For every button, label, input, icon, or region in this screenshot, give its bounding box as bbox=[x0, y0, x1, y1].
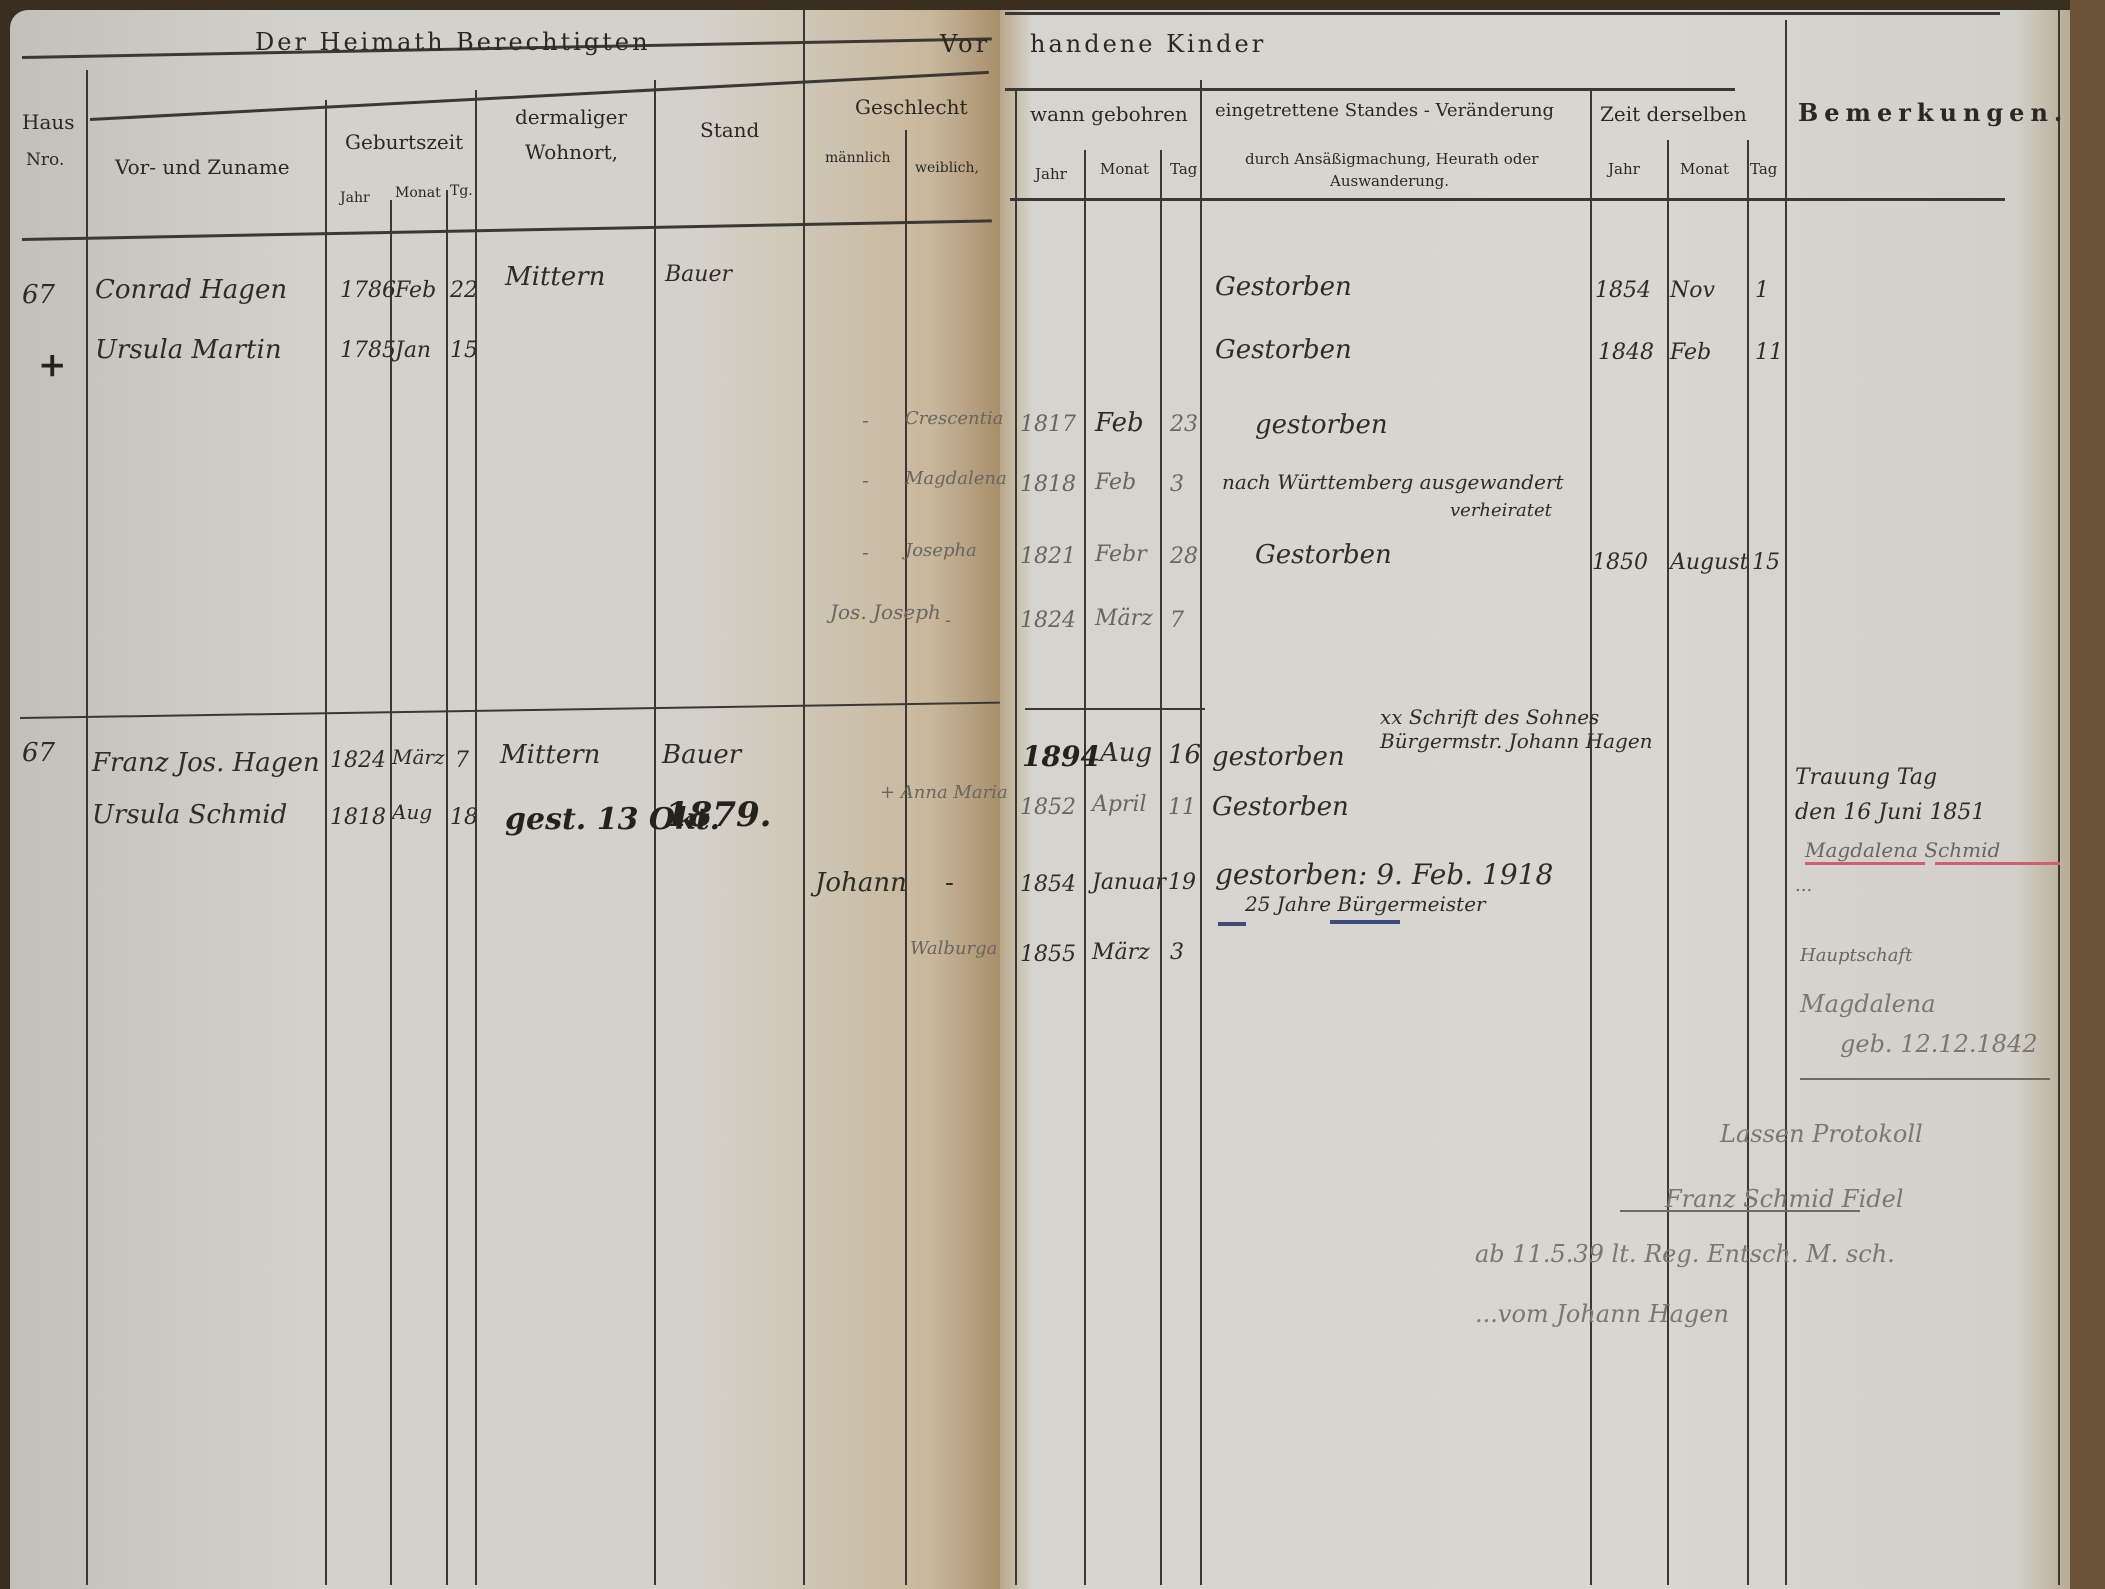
remark-line: ab 11.5.39 lt. Reg. Entsch. M. sch. bbox=[1475, 1240, 1895, 1268]
status-change: gestorben: 9. Feb. 1918 bbox=[1215, 858, 1553, 891]
status-change: Gestorben bbox=[1212, 792, 1349, 822]
header-zeit-year: Jahr bbox=[1608, 160, 1640, 178]
birth-month: März bbox=[392, 745, 445, 769]
header-birth-month: Monat bbox=[395, 185, 441, 201]
child-male: Johann bbox=[815, 868, 907, 898]
col-divider bbox=[446, 190, 448, 1585]
status-change: Gestorben bbox=[1215, 272, 1352, 302]
child-female: Magdalena bbox=[905, 468, 1007, 489]
header-child-day: Tag bbox=[1170, 160, 1197, 178]
entry-separator-right bbox=[1025, 708, 1205, 710]
child-month: April bbox=[1092, 792, 1147, 817]
child-female: + Anna Maria bbox=[880, 782, 1008, 803]
change-month: Feb bbox=[1670, 340, 1711, 365]
child-year: 1821 bbox=[1020, 544, 1076, 569]
header-residence-1: dermaliger bbox=[515, 105, 627, 129]
header-child-month: Monat bbox=[1100, 160, 1149, 178]
col-divider bbox=[475, 90, 477, 1585]
child-year: 1852 bbox=[1020, 795, 1076, 820]
header-birth: Geburtszeit bbox=[345, 130, 463, 154]
birth-day: 7 bbox=[455, 748, 469, 773]
remark-line: Magdalena bbox=[1800, 990, 1936, 1018]
col-divider bbox=[1084, 150, 1086, 1585]
child-day: 11 bbox=[1168, 795, 1196, 820]
header-wann-gebohren: wann gebohren bbox=[1030, 102, 1188, 126]
stand: Bauer bbox=[662, 740, 741, 770]
remark-line: Franz Schmid Fidel bbox=[1665, 1185, 1904, 1213]
child-month: März bbox=[1095, 606, 1153, 631]
child-day: 19 bbox=[1168, 870, 1196, 895]
birth-year: 1785 bbox=[340, 338, 396, 363]
header-bemerkungen: Bemerkungen. bbox=[1798, 98, 2068, 127]
red-underline bbox=[1805, 862, 1925, 865]
child-female: Josepha bbox=[905, 540, 977, 561]
stand: Bauer bbox=[665, 262, 732, 287]
child-year: 1894 bbox=[1022, 740, 1100, 773]
col-divider bbox=[86, 70, 88, 1585]
birth-month: Jan bbox=[395, 338, 431, 363]
col-divider bbox=[390, 200, 392, 1585]
child-year: 1817 bbox=[1020, 412, 1076, 437]
birth-year: 1824 bbox=[330, 748, 386, 773]
child-day: 16 bbox=[1168, 740, 1201, 770]
status-change: Gestorben bbox=[1255, 540, 1392, 570]
header-geschlecht: Geschlecht bbox=[855, 95, 968, 119]
remark-line: Lassen Protokoll bbox=[1720, 1120, 1923, 1148]
change-year: 1848 bbox=[1598, 340, 1654, 365]
col-divider bbox=[1590, 90, 1592, 1585]
birth-month: Aug bbox=[392, 800, 432, 824]
header-haus: Haus bbox=[22, 110, 75, 134]
child-male: Jos. Joseph bbox=[830, 600, 941, 624]
header-zeit: Zeit derselben bbox=[1600, 102, 1747, 126]
parent-name: Ursula Martin bbox=[95, 335, 282, 365]
child-year: 1818 bbox=[1020, 472, 1076, 497]
child-male: - bbox=[862, 408, 869, 432]
child-day: 3 bbox=[1170, 472, 1184, 497]
remark-line: Magdalena Schmid bbox=[1805, 838, 2000, 862]
col-divider bbox=[905, 130, 907, 1585]
col-divider bbox=[325, 100, 327, 1585]
header-standes: eingetrettene Standes - Veränderung bbox=[1215, 100, 1554, 121]
birth-day: 15 bbox=[450, 338, 478, 363]
col-divider bbox=[1747, 140, 1749, 1585]
spread-title-part1: Vor bbox=[940, 30, 990, 58]
header-residence-2: Wohnort, bbox=[525, 140, 618, 164]
child-year: 1824 bbox=[1020, 608, 1076, 633]
change-month: Nov bbox=[1670, 278, 1715, 303]
col-divider bbox=[1160, 150, 1162, 1585]
child-day: 7 bbox=[1170, 608, 1184, 633]
remark-line: ... bbox=[1795, 875, 1812, 896]
death-cross-icon: + bbox=[38, 345, 67, 385]
header-maennlich: männlich bbox=[825, 150, 890, 166]
child-female: - bbox=[945, 610, 951, 631]
birth-month: Feb bbox=[395, 278, 436, 303]
status-change: gestorben bbox=[1255, 410, 1388, 440]
header-nro: Nro. bbox=[26, 150, 64, 170]
book-binding bbox=[2070, 0, 2105, 1589]
header-zeit-month: Monat bbox=[1680, 160, 1729, 178]
header-zeit-day: Tag bbox=[1750, 160, 1777, 178]
header-child-year: Jahr bbox=[1035, 165, 1067, 183]
child-year: 1854 bbox=[1020, 872, 1076, 897]
col-divider bbox=[1785, 20, 1787, 1585]
residence: Mittern bbox=[505, 262, 605, 292]
child-male: - bbox=[862, 468, 869, 492]
parent-name: Ursula Schmid bbox=[92, 800, 287, 830]
child-month: März bbox=[1092, 940, 1150, 965]
remark-line: ...vom Johann Hagen bbox=[1475, 1300, 1729, 1328]
header-top-rule-right bbox=[1005, 12, 2000, 15]
child-month: Feb bbox=[1095, 470, 1136, 495]
parent-name: Conrad Hagen bbox=[95, 275, 287, 305]
birth-day: 22 bbox=[450, 278, 478, 303]
child-female: Crescentia bbox=[905, 408, 1003, 429]
haus-number: 67 bbox=[22, 280, 55, 310]
death-year-note: 1879. bbox=[665, 795, 771, 835]
birth-year: 1818 bbox=[330, 805, 386, 830]
header-standes-sub2: Auswanderung. bbox=[1330, 172, 1449, 190]
child-month: Aug bbox=[1100, 738, 1152, 768]
change-year: 1854 bbox=[1595, 278, 1651, 303]
remark-line: Hauptschaft bbox=[1800, 945, 1912, 966]
change-year: 1850 bbox=[1592, 550, 1648, 575]
child-day: 28 bbox=[1170, 544, 1198, 569]
change-day: 1 bbox=[1755, 278, 1769, 303]
status-change-2: 25 Jahre Bürgermeister bbox=[1245, 892, 1486, 916]
header-weiblich: weiblich, bbox=[915, 160, 979, 176]
child-day: 23 bbox=[1170, 412, 1198, 437]
grey-underline bbox=[1620, 1210, 1860, 1212]
child-month: Feb bbox=[1095, 408, 1144, 438]
status-change: nach Württemberg ausgewandert bbox=[1222, 470, 1564, 494]
status-change-note: xx Schrift des Sohnes Bürgermstr. Johann… bbox=[1380, 705, 1680, 753]
col-divider bbox=[1667, 140, 1669, 1585]
change-day: 11 bbox=[1755, 340, 1783, 365]
blue-underline bbox=[1330, 920, 1400, 924]
col-divider bbox=[1015, 90, 1017, 1585]
remark-line: Trauung Tag bbox=[1795, 765, 1937, 790]
col-divider bbox=[803, 10, 805, 1585]
header-stand: Stand bbox=[700, 118, 759, 142]
birth-year: 1786 bbox=[340, 278, 396, 303]
header-birth-year: Jahr bbox=[340, 190, 370, 206]
remark-line: den 16 Juni 1851 bbox=[1795, 800, 1985, 825]
change-day: 15 bbox=[1752, 550, 1780, 575]
page-edge-line bbox=[2058, 10, 2060, 1585]
header-standes-sub1: durch Ansäßigmachung, Heurath oder bbox=[1245, 150, 1538, 168]
residence: Mittern bbox=[500, 740, 600, 770]
header-birth-day: Tg. bbox=[450, 183, 473, 199]
remark-line: geb. 12.12.1842 bbox=[1840, 1030, 2038, 1058]
header-mid-rule-right bbox=[1005, 88, 1735, 91]
left-title: Der Heimath Berechtigten bbox=[255, 28, 651, 56]
child-month: Febr bbox=[1095, 542, 1147, 567]
status-change: Gestorben bbox=[1215, 335, 1352, 365]
birth-day: 18 bbox=[450, 805, 478, 830]
child-day: 3 bbox=[1170, 940, 1184, 965]
status-change-2: verheiratet bbox=[1450, 500, 1552, 521]
parent-name: Franz Jos. Hagen bbox=[92, 748, 320, 778]
col-divider bbox=[1200, 80, 1202, 1585]
child-year: 1855 bbox=[1020, 942, 1076, 967]
child-male: - bbox=[862, 540, 869, 564]
status-change: gestorben bbox=[1212, 742, 1345, 772]
grey-underline bbox=[1800, 1078, 2050, 1080]
change-month: August bbox=[1670, 550, 1748, 575]
spread-title-part2: handene Kinder bbox=[1030, 30, 1266, 58]
blue-underline bbox=[1218, 922, 1246, 926]
child-female: - bbox=[945, 868, 954, 898]
header-name: Vor- und Zuname bbox=[115, 155, 290, 179]
child-female: Walburga bbox=[910, 938, 997, 959]
haus-number: 67 bbox=[22, 738, 55, 768]
child-month: Januar bbox=[1092, 870, 1166, 895]
red-underline bbox=[1935, 862, 2060, 865]
